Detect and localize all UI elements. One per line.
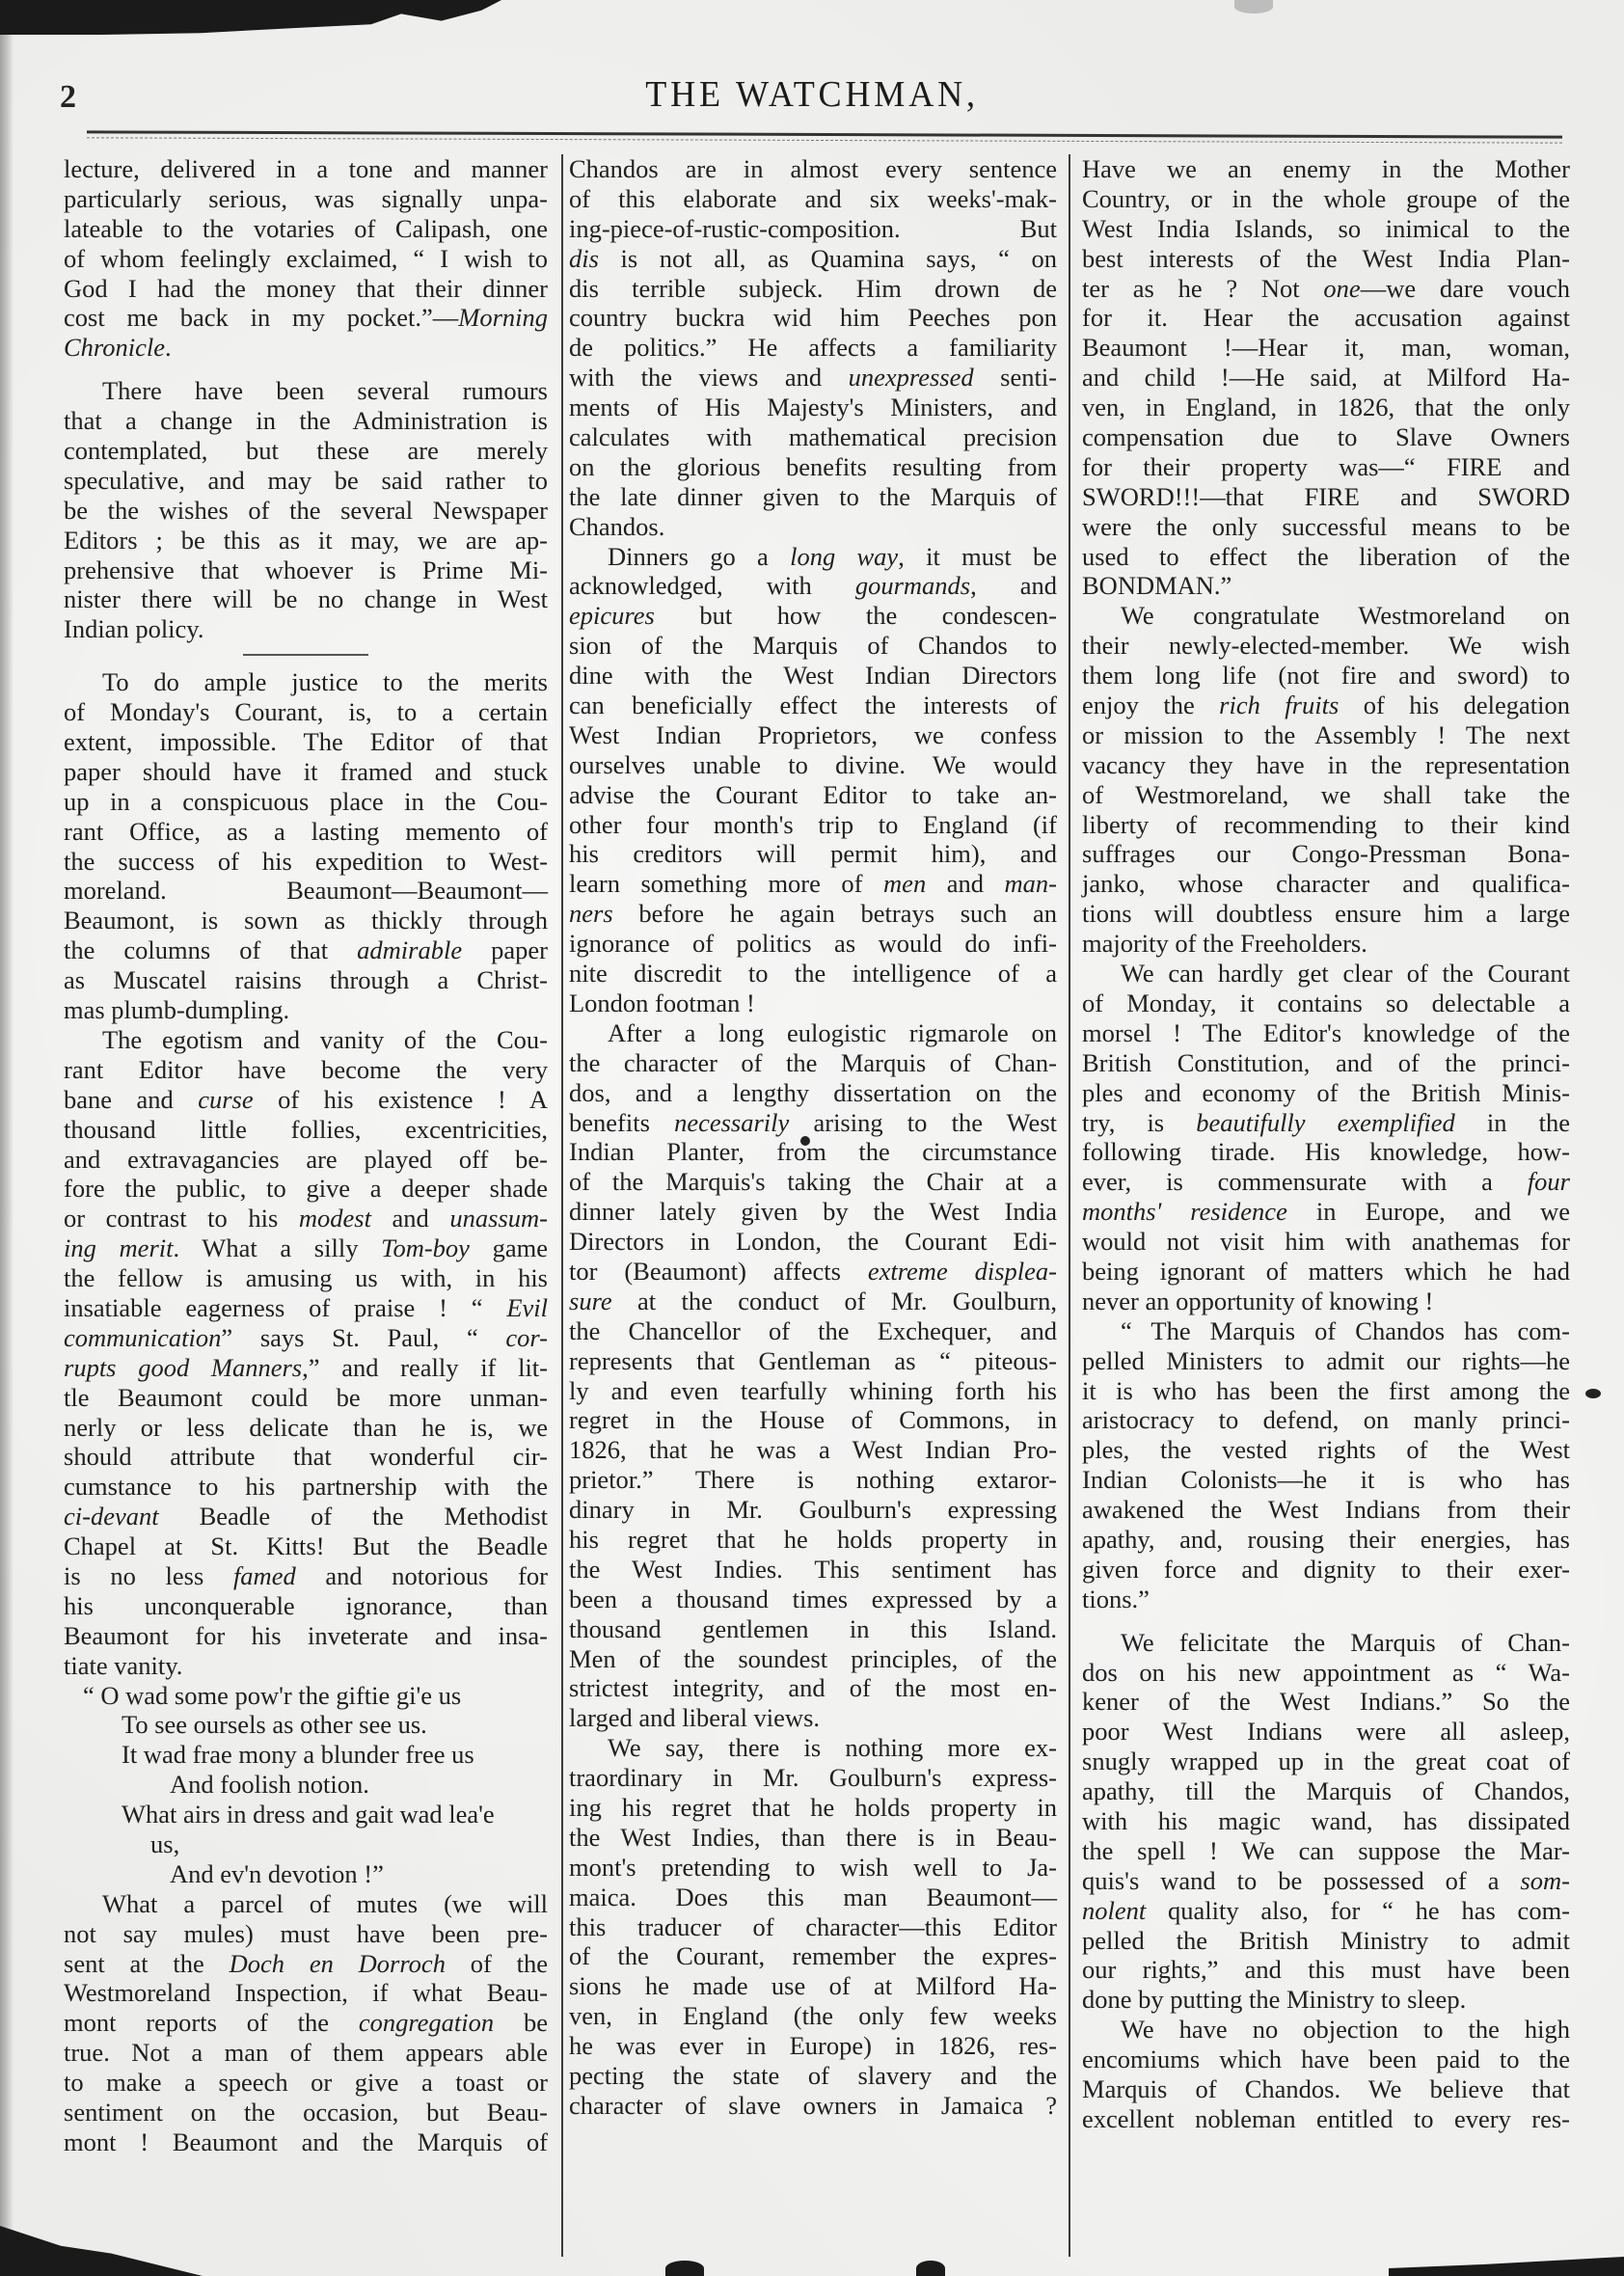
italic-text: congregation bbox=[359, 2008, 494, 2037]
text-line: snugly wrapped up in the great coat of bbox=[1082, 1747, 1570, 1776]
text-segment: And foolish notion. bbox=[170, 1770, 369, 1799]
text-segment: nister there will be no change in West bbox=[64, 584, 548, 613]
text-line: nister there will be no change in West bbox=[64, 584, 548, 614]
text-segment: suffrages our Congo-Pressman Bona- bbox=[1082, 839, 1570, 868]
text-line: Country, or in the whole groupe of the bbox=[1082, 184, 1570, 214]
text-segment: . What a silly bbox=[173, 1233, 381, 1262]
text-line: dos, and a lengthy dissertation on the bbox=[569, 1078, 1057, 1108]
text-line: de politics.” He affects a familiarity bbox=[569, 333, 1057, 363]
text-segment: try, is bbox=[1082, 1108, 1196, 1137]
text-line: he was ever in Europe) in 1826, res- bbox=[569, 2031, 1057, 2061]
text-segment: lecture, delivered in a tone and manner bbox=[64, 154, 548, 183]
text-segment: dine with the West Indian Directors bbox=[569, 661, 1057, 690]
text-line: character of slave owners in Jamaica ? bbox=[569, 2091, 1057, 2121]
text-segment: 1826, that he was a West Indian Pro- bbox=[569, 1435, 1057, 1464]
text-line: of Monday's Courant, is, to a certain bbox=[64, 697, 548, 727]
text-segment: poor West Indians were all asleep, bbox=[1082, 1717, 1570, 1746]
torn-edge-bottom-right bbox=[1389, 2257, 1624, 2276]
text-segment: and extravagancies are played off be- bbox=[64, 1145, 548, 1174]
italic-text: Tom-boy bbox=[381, 1233, 470, 1262]
text-segment: been a thousand times expressed by a bbox=[569, 1585, 1057, 1613]
text-segment: this traducer of character—this Editor bbox=[569, 1912, 1057, 1941]
text-line: this traducer of character—this Editor bbox=[569, 1912, 1057, 1942]
text-segment: ing-piece-of-rustic-composition. But bbox=[569, 214, 1057, 243]
text-segment: the West Indies, than there is in Beau- bbox=[569, 1823, 1057, 1852]
text-segment: moreland. Beaumont—Beaumont— bbox=[64, 876, 548, 905]
text-segment: British Constitution, and of the princi- bbox=[1082, 1048, 1570, 1077]
text-segment: ourselves unable to divine. We would bbox=[569, 750, 1057, 779]
text-segment: We can hardly get clear of the Courant bbox=[1121, 959, 1570, 988]
text-line: our rights,” and this must have been bbox=[1082, 1955, 1570, 1985]
text-segment: Marquis of Chandos. We believe that bbox=[1082, 2074, 1570, 2103]
italic-text: dis bbox=[569, 244, 599, 273]
text-line: true. Not a man of them appears able bbox=[64, 2038, 548, 2068]
text-line: for their property was—“ FIRE and bbox=[1082, 452, 1570, 482]
text-segment: and child !—He said, at Milford Ha- bbox=[1082, 363, 1570, 392]
text-line: the Chancellor of the Exchequer, and bbox=[569, 1316, 1057, 1346]
text-line: learn something more of men and man- bbox=[569, 869, 1057, 899]
text-segment: kener of the West Indians.” So the bbox=[1082, 1687, 1570, 1716]
text-segment: can beneficially effect the interests of bbox=[569, 691, 1057, 719]
text-line: other four month's trip to England (if bbox=[569, 810, 1057, 840]
text-segment: mont's pretending to wish well to Ja- bbox=[569, 1853, 1057, 1882]
text-line: pelled the British Ministry to admit bbox=[1082, 1926, 1570, 1956]
text-segment: To see oursels as other see us. bbox=[122, 1710, 427, 1739]
text-segment: , and bbox=[970, 571, 1057, 600]
text-segment: vacancy they have in the representation bbox=[1082, 750, 1570, 779]
text-line: bane and curse of his existence ! A bbox=[64, 1085, 548, 1115]
text-segment: pelled the British Ministry to admit bbox=[1082, 1926, 1570, 1955]
text-segment: Indian policy. bbox=[64, 614, 203, 643]
text-segment: Beaumont !—Hear it, man, woman, bbox=[1082, 333, 1570, 362]
text-segment: ven, in England, in 1826, that the only bbox=[1082, 393, 1570, 421]
text-line: And ev'n devotion !” bbox=[64, 1859, 548, 1889]
text-segment: mont ! Beaumont and the Marquis of bbox=[64, 2127, 548, 2156]
text-line: Chronicle. bbox=[64, 333, 548, 363]
text-line: of whom feelingly exclaimed, “ I wish to bbox=[64, 244, 548, 274]
text-line: of this elaborate and six weeks'-mak- bbox=[569, 184, 1057, 214]
text-segment: ” says St. Paul, “ bbox=[221, 1323, 505, 1352]
text-segment: that a change in the Administration is bbox=[64, 406, 548, 435]
text-segment: . bbox=[165, 333, 172, 362]
text-line: ples, the vested rights of the West bbox=[1082, 1435, 1570, 1465]
text-segment: and bbox=[926, 869, 1004, 898]
text-line: with his magic wand, has dissipated bbox=[1082, 1806, 1570, 1836]
text-line: Editors ; be this as it may, we are ap- bbox=[64, 526, 548, 555]
italic-text: extreme displea- bbox=[868, 1257, 1057, 1286]
text-segment: dinary in Mr. Goulburn's expressing bbox=[569, 1495, 1057, 1524]
text-segment: Beaumont for his inveterate and insa- bbox=[64, 1621, 548, 1650]
text-line: country buckra wid him Peeches pon bbox=[569, 303, 1057, 333]
text-line: God I had the money that their dinner bbox=[64, 274, 548, 304]
text-line: Directors in London, the Courant Edi- bbox=[569, 1227, 1057, 1257]
text-segment: the late dinner given to the Marquis of bbox=[569, 482, 1057, 511]
text-segment: of Monday, it contains so delectable a bbox=[1082, 989, 1570, 1017]
text-line: rant Office, as a lasting memento of bbox=[64, 817, 548, 847]
text-segment: calculates with mathematical precision bbox=[569, 422, 1057, 451]
text-line: extent, impossible. The Editor of that bbox=[64, 727, 548, 757]
text-segment: the fellow is amusing us with, in his bbox=[64, 1263, 548, 1292]
text-segment: of the bbox=[446, 1949, 548, 1978]
text-segment: to make a speech or give a toast or bbox=[64, 2068, 548, 2097]
text-line: We felicitate the Marquis of Chan- bbox=[1082, 1628, 1570, 1658]
text-segment: We have no objection to the high bbox=[1121, 2015, 1570, 2044]
text-segment: our rights,” and this must have been bbox=[1082, 1955, 1570, 1984]
italic-text: Evil bbox=[506, 1293, 548, 1322]
text-line: ven, in England, in 1826, that the only bbox=[1082, 393, 1570, 422]
text-segment: , it must be bbox=[898, 542, 1057, 571]
text-segment: bane and bbox=[64, 1085, 198, 1114]
text-line: dine with the West Indian Directors bbox=[569, 661, 1057, 691]
text-line: prehensive that whoever is Prime Mi- bbox=[64, 555, 548, 585]
text-line: Indian Planter, from the circumstance bbox=[569, 1137, 1057, 1167]
text-segment: strictest integrity, and of the most en- bbox=[569, 1673, 1057, 1702]
text-line: quis's wand to be possessed of a som- bbox=[1082, 1866, 1570, 1896]
text-line: pecting the state of slavery and the bbox=[569, 2061, 1057, 2091]
italic-text: communication bbox=[64, 1323, 221, 1352]
text-segment: of Westmoreland, we shall take the bbox=[1082, 780, 1570, 809]
italic-text: epicures bbox=[569, 601, 655, 630]
italic-text: curse bbox=[198, 1085, 253, 1114]
text-segment: ,” and really if lit- bbox=[302, 1353, 548, 1382]
text-line: sion of the Marquis of Chandos to bbox=[569, 631, 1057, 661]
text-line: 1826, that he was a West Indian Pro- bbox=[569, 1435, 1057, 1465]
text-line: particularly serious, was signally unpa- bbox=[64, 184, 548, 214]
text-line: sentiment on the occasion, but Beau- bbox=[64, 2098, 548, 2127]
text-line: dis terrible subjeck. Him drown de bbox=[569, 274, 1057, 304]
text-segment: as Muscatel raisins through a Christ- bbox=[64, 965, 548, 994]
text-segment: true. Not a man of them appears able bbox=[64, 2038, 548, 2067]
text-line: thousand little follies, excentricities, bbox=[64, 1115, 548, 1145]
text-line: dinary in Mr. Goulburn's expressing bbox=[569, 1495, 1057, 1525]
text-line: ments of His Majesty's Ministers, and bbox=[569, 393, 1057, 422]
text-line: the character of the Marquis of Chan- bbox=[569, 1048, 1057, 1078]
text-segment: Chandos are in almost every sentence bbox=[569, 154, 1057, 183]
text-segment: following tirade. His knowledge, how- bbox=[1082, 1137, 1570, 1166]
text-segment: not say mules) must have been pre- bbox=[64, 1919, 548, 1948]
text-segment: it is who has been the first among the bbox=[1082, 1376, 1570, 1405]
text-segment: never an opportunity of knowing ! bbox=[1082, 1287, 1433, 1315]
text-segment: apathy, till the Marquis of Chandos, bbox=[1082, 1776, 1570, 1805]
text-segment: “ The Marquis of Chandos has com- bbox=[1121, 1316, 1570, 1345]
text-segment: the success of his expedition to West- bbox=[64, 847, 548, 876]
text-segment: be the wishes of the several Newspaper bbox=[64, 496, 548, 525]
text-line: awakened the West Indians from their bbox=[1082, 1495, 1570, 1525]
text-segment: West Indian Proprietors, we confess bbox=[569, 720, 1057, 749]
text-line: is no less famed and notorious for bbox=[64, 1561, 548, 1591]
text-segment: represents that Gentleman as “ piteous- bbox=[569, 1346, 1057, 1375]
text-line: thousand gentlemen in this Island. bbox=[569, 1614, 1057, 1644]
text-segment: is no less bbox=[64, 1561, 233, 1590]
text-segment: ven, in England (the only few weeks bbox=[569, 2001, 1057, 2030]
text-segment: game bbox=[470, 1233, 548, 1262]
text-line: Indian Colonists—he it is who has bbox=[1082, 1465, 1570, 1495]
text-line: What airs in dress and gait wad lea'e bbox=[64, 1800, 548, 1829]
text-line: Beaumont for his inveterate and insa- bbox=[64, 1621, 548, 1651]
text-line: maica. Does this man Beaumont— bbox=[569, 1883, 1057, 1912]
text-segment: being ignorant of matters which he had bbox=[1082, 1257, 1570, 1286]
text-line: his creditors will permit him), and bbox=[569, 839, 1057, 869]
text-line: the late dinner given to the Marquis of bbox=[569, 482, 1057, 512]
text-segment: Country, or in the whole groupe of the bbox=[1082, 184, 1570, 213]
text-line: as Muscatel raisins through a Christ- bbox=[64, 965, 548, 995]
text-line: We congratulate Westmoreland on bbox=[1082, 601, 1570, 631]
text-line: After a long eulogistic rigmarole on bbox=[569, 1018, 1057, 1048]
text-line: communication” says St. Paul, “ cor- bbox=[64, 1323, 548, 1353]
text-segment: would not visit him with anathemas for bbox=[1082, 1227, 1570, 1256]
text-line: It wad frae mony a blunder free us bbox=[64, 1740, 548, 1770]
text-segment: for it. Hear the accusation against bbox=[1082, 303, 1570, 332]
text-line: been a thousand times expressed by a bbox=[569, 1585, 1057, 1614]
text-line: apathy, till the Marquis of Chandos, bbox=[1082, 1776, 1570, 1806]
newspaper-page: 2 THE WATCHMAN, lecture, delivered in a … bbox=[0, 0, 1624, 2276]
text-segment: Men of the soundest principles, of the bbox=[569, 1644, 1057, 1673]
text-segment: snugly wrapped up in the great coat of bbox=[1082, 1747, 1570, 1775]
text-segment: tiate vanity. bbox=[64, 1651, 182, 1680]
torn-corner-top-left bbox=[0, 0, 501, 35]
text-line: of the Marquis's taking the Chair at a bbox=[569, 1167, 1057, 1197]
text-line: it is who has been the first among the bbox=[1082, 1376, 1570, 1406]
text-segment: the West Indies. This sentiment has bbox=[569, 1555, 1057, 1584]
text-segment: were the only successful means to be bbox=[1082, 512, 1570, 541]
italic-text: long way bbox=[790, 542, 898, 571]
text-line: ners before he again betrays such an bbox=[569, 899, 1057, 929]
text-line: aristocracy to defend, on manly princi- bbox=[1082, 1405, 1570, 1435]
text-segment: de politics.” He affects a familiarity bbox=[569, 333, 1057, 362]
text-segment: of whom feelingly exclaimed, “ I wish to bbox=[64, 244, 548, 273]
text-segment: ments of His Majesty's Ministers, and bbox=[569, 393, 1057, 421]
text-segment: on the glorious benefits resulting from bbox=[569, 452, 1057, 481]
text-segment: West India Islands, so inimical to the bbox=[1082, 214, 1570, 243]
text-line: or contrast to his modest and unassum- bbox=[64, 1204, 548, 1233]
text-line: up in a conspicuous place in the Cou- bbox=[64, 787, 548, 817]
text-segment: encomiums which have been paid to the bbox=[1082, 2045, 1570, 2073]
text-line: SWORD!!!—that FIRE and SWORD bbox=[1082, 482, 1570, 512]
text-segment: nerly or less delicate than he is, we bbox=[64, 1413, 548, 1442]
text-line: mont reports of the congregation be bbox=[64, 2008, 548, 2038]
text-segment: at the conduct of Mr. Goulburn, bbox=[612, 1287, 1057, 1315]
text-segment: acknowledged, with bbox=[569, 571, 855, 600]
column-right: Have we an enemy in the MotherCountry, o… bbox=[1082, 154, 1570, 2134]
text-segment: sent at the bbox=[64, 1949, 230, 1978]
text-line: insatiable eagerness of praise ! “ Evil bbox=[64, 1293, 548, 1323]
italic-text: ing merit bbox=[64, 1233, 173, 1262]
text-line: of Westmoreland, we shall take the bbox=[1082, 780, 1570, 810]
text-line: excellent nobleman entitled to every res… bbox=[1082, 2104, 1570, 2134]
text-segment: After a long eulogistic rigmarole on bbox=[608, 1018, 1057, 1047]
text-line: “ The Marquis of Chandos has com- bbox=[1082, 1316, 1570, 1346]
text-segment: rant Office, as a lasting memento of bbox=[64, 817, 548, 846]
paragraph-gap bbox=[1082, 1614, 1570, 1628]
text-segment: We felicitate the Marquis of Chan- bbox=[1121, 1628, 1570, 1657]
text-segment: the Chancellor of the Exchequer, and bbox=[569, 1316, 1057, 1345]
text-segment: senti- bbox=[974, 363, 1057, 392]
italic-text: gourmands bbox=[855, 571, 970, 600]
text-segment: and bbox=[371, 1204, 449, 1233]
text-segment: dos, and a lengthy dissertation on the bbox=[569, 1078, 1057, 1107]
text-segment: them long life (not fire and sword) to bbox=[1082, 661, 1570, 690]
text-segment: his unconquerable ignorance, than bbox=[64, 1591, 548, 1620]
text-line: cost me back in my pocket.”—Morning bbox=[64, 303, 548, 333]
text-segment: tle Beaumont could be more unman- bbox=[64, 1383, 548, 1412]
text-segment: sentiment on the occasion, but Beau- bbox=[64, 2098, 548, 2127]
text-line: mont's pretending to wish well to Ja- bbox=[569, 1853, 1057, 1883]
italic-text: nolent bbox=[1082, 1896, 1146, 1925]
text-line: tions.” bbox=[1082, 1585, 1570, 1614]
text-line: We say, there is nothing more ex- bbox=[569, 1733, 1057, 1763]
text-line: can beneficially effect the interests of bbox=[569, 691, 1057, 720]
italic-text: Chronicle bbox=[64, 333, 165, 362]
text-line: were the only successful means to be bbox=[1082, 512, 1570, 542]
text-line: dis is not all, as Quamina says, “ on bbox=[569, 244, 1057, 274]
text-line: ing-piece-of-rustic-composition. But bbox=[569, 214, 1057, 244]
text-line: There have been several rumours bbox=[64, 376, 548, 406]
text-line: not say mules) must have been pre- bbox=[64, 1919, 548, 1949]
column-left: lecture, delivered in a tone and mannerp… bbox=[64, 154, 548, 2157]
text-line: speculative, and may be said rather to bbox=[64, 466, 548, 496]
text-segment: —we dare vouch bbox=[1361, 274, 1570, 303]
text-line: Beaumont, is sown as thickly through bbox=[64, 906, 548, 935]
text-segment: of the Courant, remember the expres- bbox=[569, 1941, 1057, 1970]
text-segment: and notorious for bbox=[296, 1561, 548, 1590]
text-segment: awakened the West Indians from their bbox=[1082, 1495, 1570, 1524]
text-line: us, bbox=[64, 1829, 548, 1859]
text-segment: insatiable eagerness of praise ! “ bbox=[64, 1293, 506, 1322]
text-line: larged and liberal views. bbox=[569, 1703, 1057, 1733]
text-segment: of his existence ! A bbox=[254, 1085, 548, 1114]
text-segment: or mission to the Assembly ! The next bbox=[1082, 720, 1570, 749]
text-segment: of his delegation bbox=[1339, 691, 1570, 719]
text-segment: the columns of that bbox=[64, 935, 357, 964]
italic-text: necessarily bbox=[674, 1108, 789, 1137]
text-segment: dinner lately given by the West India bbox=[569, 1197, 1057, 1226]
text-line: morsel ! The Editor's knowledge of the bbox=[1082, 1018, 1570, 1048]
text-line: London footman ! bbox=[569, 989, 1057, 1018]
text-segment: Westmoreland Inspection, if what Beau- bbox=[64, 1978, 548, 2007]
column-divider-1 bbox=[561, 154, 563, 2257]
text-line: with the views and unexpressed senti- bbox=[569, 363, 1057, 393]
text-line: the columns of that admirable paper bbox=[64, 935, 548, 965]
text-segment: morsel ! The Editor's knowledge of the bbox=[1082, 1018, 1570, 1047]
text-segment: Have we an enemy in the Mother bbox=[1082, 154, 1570, 183]
text-line: tions will doubtless ensure him a large bbox=[1082, 899, 1570, 929]
section-divider bbox=[243, 654, 368, 656]
text-line: and extravagancies are played off be- bbox=[64, 1145, 548, 1175]
text-line: on the glorious benefits resulting from bbox=[569, 452, 1057, 482]
text-segment: enjoy the bbox=[1082, 691, 1219, 719]
text-segment: SWORD!!!—that FIRE and SWORD bbox=[1082, 482, 1570, 511]
text-segment: ples and economy of the British Minis- bbox=[1082, 1078, 1570, 1107]
text-line: ever, is commensurate with a four bbox=[1082, 1167, 1570, 1197]
text-segment: cost me back in my pocket.”— bbox=[64, 303, 458, 332]
text-line: British Constitution, and of the princi- bbox=[1082, 1048, 1570, 1078]
text-line: Indian policy. bbox=[64, 614, 548, 644]
text-segment: excellent nobleman entitled to every res… bbox=[1082, 2104, 1570, 2133]
text-line: for it. Hear the accusation against bbox=[1082, 303, 1570, 333]
text-line: nolent quality also, for “ he has com- bbox=[1082, 1896, 1570, 1926]
text-segment: janko, whose character and qualifica- bbox=[1082, 869, 1570, 898]
text-segment: BONDMAN.” bbox=[1082, 571, 1232, 600]
text-segment: ing his regret that he holds property in bbox=[569, 1793, 1057, 1822]
text-line: given force and dignity to their exer- bbox=[1082, 1555, 1570, 1585]
masthead: 2 THE WATCHMAN, bbox=[0, 69, 1624, 118]
text-segment: ly and even tearfully whining forth his bbox=[569, 1376, 1057, 1405]
text-line: BONDMAN.” bbox=[1082, 571, 1570, 601]
italic-text: famed bbox=[233, 1561, 296, 1590]
text-segment: their newly-elected-member. We wish bbox=[1082, 631, 1570, 660]
text-segment: of Monday's Courant, is, to a certain bbox=[64, 697, 548, 726]
text-line: ing his regret that he holds property in bbox=[569, 1793, 1057, 1823]
text-segment: fore the public, to give a deeper shade bbox=[64, 1174, 548, 1203]
text-line: acknowledged, with gourmands, and bbox=[569, 571, 1057, 601]
text-line: traordinary in Mr. Goulburn's express- bbox=[569, 1763, 1057, 1793]
text-segment: learn something more of bbox=[569, 869, 883, 898]
text-segment: of this elaborate and six weeks'-mak- bbox=[569, 184, 1057, 213]
text-line: ven, in England (the only few weeks bbox=[569, 2001, 1057, 2031]
text-line: kener of the West Indians.” So the bbox=[1082, 1687, 1570, 1717]
text-segment: is not all, as Quamina says, “ on bbox=[599, 244, 1057, 273]
text-line: rant Editor have become the very bbox=[64, 1055, 548, 1085]
text-segment: up in a conspicuous place in the Cou- bbox=[64, 787, 548, 816]
text-segment: rant Editor have become the very bbox=[64, 1055, 548, 1084]
text-line: their newly-elected-member. We wish bbox=[1082, 631, 1570, 661]
text-segment: sions he made use of at Milford Ha- bbox=[569, 1971, 1057, 2000]
text-segment: God I had the money that their dinner bbox=[64, 274, 548, 303]
text-line: ourselves unable to divine. We would bbox=[569, 750, 1057, 780]
text-line: that a change in the Administration is bbox=[64, 406, 548, 436]
text-line: pelled Ministers to admit our rights—he bbox=[1082, 1346, 1570, 1376]
text-line: janko, whose character and qualifica- bbox=[1082, 869, 1570, 899]
text-line: sure at the conduct of Mr. Goulburn, bbox=[569, 1287, 1057, 1316]
text-segment: dos on his new appointment as “ Wa- bbox=[1082, 1658, 1570, 1687]
text-segment: the spell ! We can suppose the Mar- bbox=[1082, 1836, 1570, 1865]
text-line: mont ! Beaumont and the Marquis of bbox=[64, 2127, 548, 2157]
text-segment: majority of the Freeholders. bbox=[1082, 929, 1367, 958]
text-line: never an opportunity of knowing ! bbox=[1082, 1287, 1570, 1316]
text-line: his unconquerable ignorance, than bbox=[64, 1591, 548, 1621]
text-line: liberty of recommending to their kind bbox=[1082, 810, 1570, 840]
italic-text: ci-devant bbox=[64, 1502, 159, 1531]
text-segment: the character of the Marquis of Chan- bbox=[569, 1048, 1057, 1077]
text-segment: aristocracy to defend, on manly princi- bbox=[1082, 1405, 1570, 1434]
text-segment: Beaumont, is sown as thickly through bbox=[64, 906, 548, 935]
text-line: tor (Beaumont) affects extreme displea- bbox=[569, 1257, 1057, 1287]
text-segment: extent, impossible. The Editor of that bbox=[64, 727, 548, 756]
text-line: Chapel at St. Kitts! But the Beadle bbox=[64, 1531, 548, 1561]
italic-text: beautifully exemplified bbox=[1196, 1108, 1455, 1137]
text-line: try, is beautifully exemplified in the bbox=[1082, 1108, 1570, 1138]
text-segment: given force and dignity to their exer- bbox=[1082, 1555, 1570, 1584]
text-line: of Monday, it contains so delectable a bbox=[1082, 989, 1570, 1018]
text-line: represents that Gentleman as “ piteous- bbox=[569, 1346, 1057, 1376]
italic-text: admirable bbox=[357, 935, 462, 964]
text-line: the success of his expedition to West- bbox=[64, 847, 548, 877]
text-line: We can hardly get clear of the Courant bbox=[1082, 959, 1570, 989]
text-line: What a parcel of mutes (we will bbox=[64, 1889, 548, 1919]
italic-text: modest bbox=[299, 1204, 371, 1233]
text-segment: country buckra wid him Peeches pon bbox=[569, 303, 1057, 332]
text-segment: There have been several rumours bbox=[102, 376, 548, 405]
text-segment: advise the Courant Editor to take an- bbox=[569, 780, 1057, 809]
text-line: nerly or less delicate than he is, we bbox=[64, 1413, 548, 1443]
text-line: poor West Indians were all asleep, bbox=[1082, 1717, 1570, 1747]
text-line: the spell ! We can suppose the Mar- bbox=[1082, 1836, 1570, 1866]
text-segment: his creditors will permit him), and bbox=[569, 839, 1057, 868]
text-line: contemplated, but these are merely bbox=[64, 436, 548, 466]
text-line: should attribute that wonderful cir- bbox=[64, 1442, 548, 1472]
text-line: months' residence in Europe, and we bbox=[1082, 1197, 1570, 1227]
column-divider-2 bbox=[1069, 154, 1070, 2257]
